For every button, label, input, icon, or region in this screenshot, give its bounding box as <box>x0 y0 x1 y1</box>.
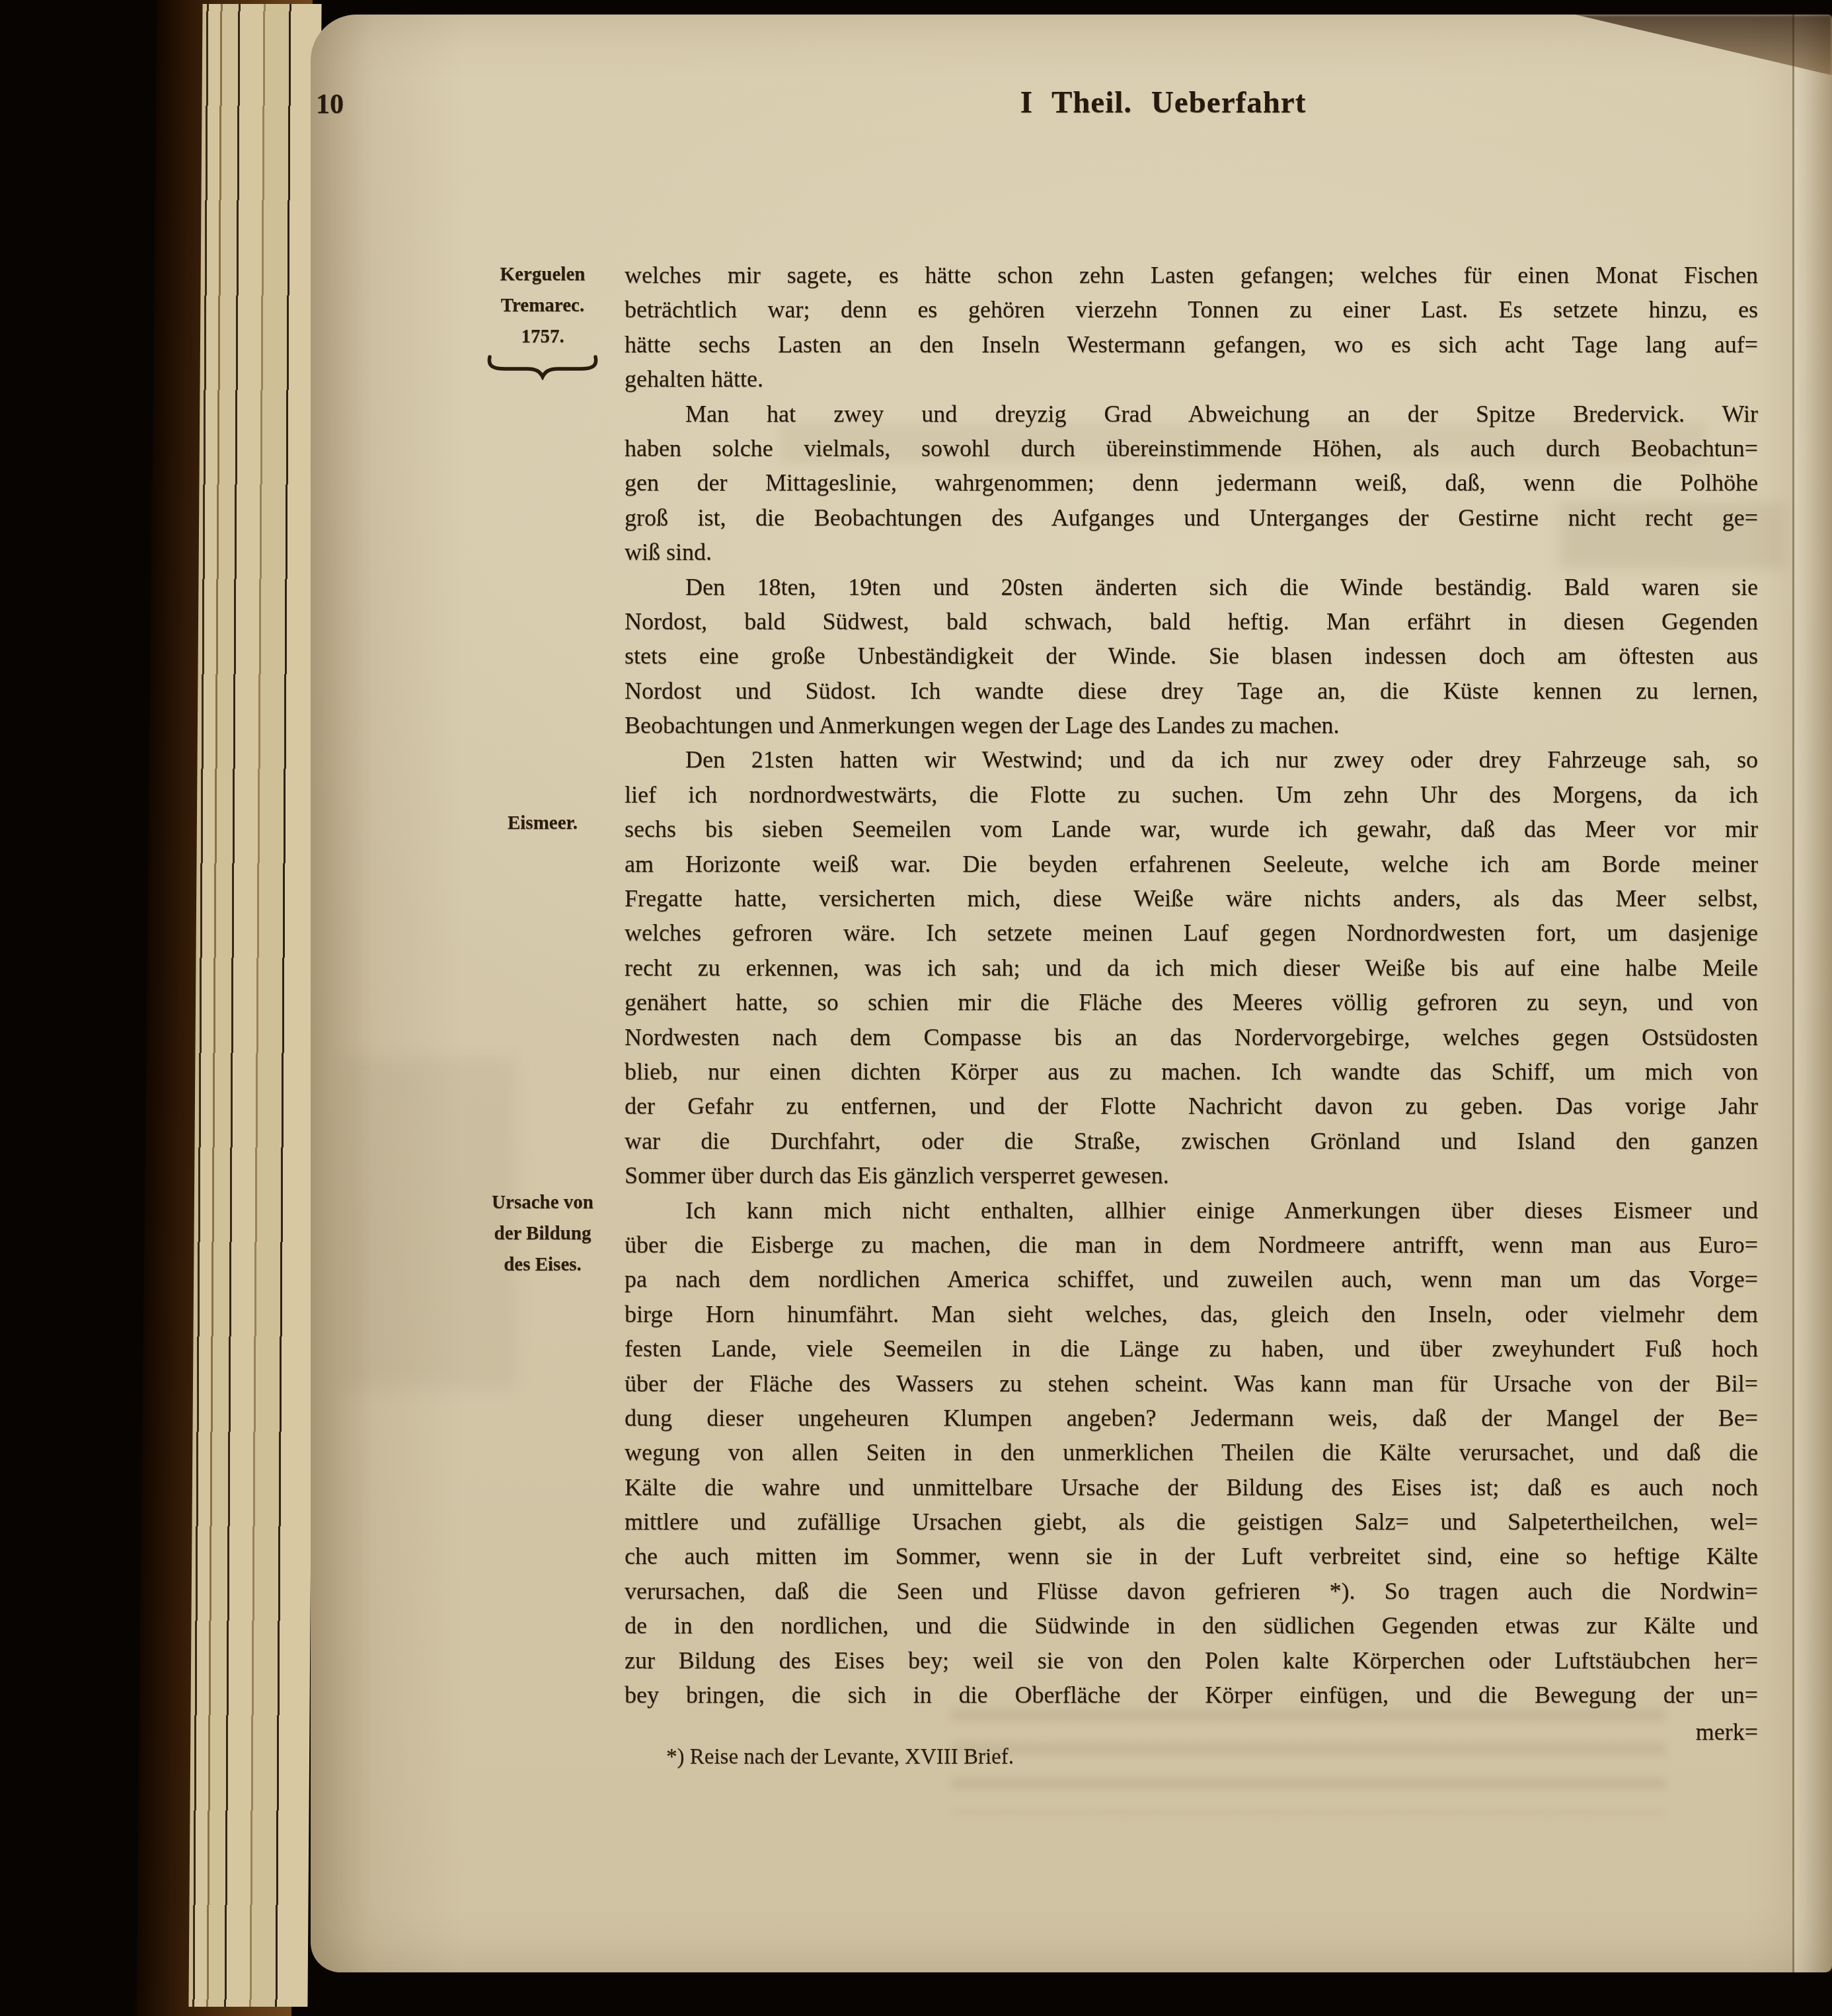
body-line: Nordost und Südost. Ich wandte diese dre… <box>625 674 1758 708</box>
body-line: verursachen, daß die Seen und Flüsse dav… <box>625 1574 1758 1608</box>
body-line: über der Fläche des Wassers zu stehen sc… <box>625 1366 1758 1401</box>
body-line: sechs bis sieben Seemeilen vom Lande war… <box>625 812 1758 846</box>
body-line: beträchtlich war; denn es gehören vierze… <box>625 292 1758 327</box>
margin-note-line: der Bildung <box>466 1218 619 1249</box>
body-line: Sommer über durch das Eis gänzlich versp… <box>625 1158 1758 1192</box>
body-line: war die Durchfahrt, oder die Straße, zwi… <box>625 1124 1758 1158</box>
body-line: Fregatte hatte, versicherten mich, diese… <box>625 881 1758 915</box>
margin-note: Ursache vonder Bildungdes Eises. <box>466 1187 619 1280</box>
body-line: lief ich nordnordwestwärts, die Flotte z… <box>625 777 1758 812</box>
body-line: che auch mitten im Sommer, wenn sie in d… <box>625 1539 1758 1573</box>
body-line: mittlere und zufällige Ursachen giebt, a… <box>625 1504 1758 1539</box>
body-line: hätte sechs Lasten an den Inseln Westerm… <box>625 327 1758 362</box>
margin-brace-icon <box>486 355 599 380</box>
body-line: welches gefroren wäre. Ich setzete meine… <box>625 915 1758 950</box>
body-lines: welches mir sagete, es hätte schon zehn … <box>625 258 1758 1712</box>
body-line: gehalten hätte. <box>625 362 1758 396</box>
body-line: Den 18ten, 19ten und 20sten änderten sic… <box>625 570 1758 604</box>
body-line: Nordwesten nach dem Compasse bis an das … <box>625 1020 1758 1054</box>
body-line: am Horizonte weiß war. Die beyden erfahr… <box>625 847 1758 881</box>
body-line: Ich kann mich nicht enthalten, allhier e… <box>625 1193 1758 1227</box>
footnote: *) Reise nach der Levante, XVIII Brief. <box>666 1745 1014 1769</box>
margin-note-line: 1757. <box>466 321 619 352</box>
body-line: über die Eisberge zu machen, die man in … <box>625 1227 1758 1262</box>
margin-note-line: Ursache von <box>466 1187 619 1218</box>
body-line: bey bringen, die sich in die Oberfläche … <box>625 1678 1758 1712</box>
body-line: dung dieser ungeheuren Klumpen angeben? … <box>625 1401 1758 1435</box>
body-line: pa nach dem nordlichen America schiffet,… <box>625 1262 1758 1296</box>
body-line: der Gefahr zu entfernen, und der Flotte … <box>625 1089 1758 1123</box>
body-line: de in den nordlichen, und die Südwinde i… <box>625 1608 1758 1643</box>
margin-note: KerguelenTremarec.1757. <box>466 259 619 380</box>
scanned-book-photo: { "page": { "number": "10", "running_hea… <box>0 0 1832 2016</box>
underlying-page-edge <box>1794 15 1832 1972</box>
body-line: Beobachtungen und Anmerkungen wegen der … <box>625 708 1758 742</box>
margin-note-line: des Eises. <box>466 1249 619 1280</box>
body-line: birge Horn hinumfährt. Man sieht welches… <box>625 1297 1758 1331</box>
body-line: recht zu erkennen, was ich sah; und da i… <box>625 950 1758 985</box>
margin-note: Eismeer. <box>466 808 619 839</box>
body-line: Nordost, bald Südwest, bald schwach, bal… <box>625 604 1758 639</box>
body-line: welches mir sagete, es hätte schon zehn … <box>625 258 1758 292</box>
page-number: 10 <box>316 89 344 120</box>
body-line: Kälte die wahre und unmittelbare Ursache… <box>625 1470 1758 1504</box>
body-text: welches mir sagete, es hätte schon zehn … <box>625 258 1758 1750</box>
body-line: wegung von allen Seiten in den unmerklic… <box>625 1435 1758 1469</box>
margin-note-line: Eismeer. <box>466 808 619 839</box>
body-line: zur Bildung des Eises bey; weil sie von … <box>625 1643 1758 1678</box>
margin-note-line: Tremarec. <box>466 290 619 321</box>
body-line: wiß sind. <box>625 535 1758 569</box>
body-line: haben solche vielmals, sowohl durch über… <box>625 431 1758 465</box>
body-line: genähert hatte, so schien mir die Fläche… <box>625 985 1758 1019</box>
stacked-page-edges <box>188 4 321 2007</box>
body-line: blieb, nur einen dichten Körper aus zu m… <box>625 1054 1758 1089</box>
body-line: Man hat zwey und dreyzig Grad Abweichung… <box>625 397 1758 431</box>
margin-note-line: Kerguelen <box>466 259 619 290</box>
running-header: I Theil. Ueberfahrt <box>760 85 1566 120</box>
catchword: merk= <box>625 1715 1758 1749</box>
body-line: stets eine große Unbeständigkeit der Win… <box>625 639 1758 673</box>
body-line: festen Lande, viele Seemeilen in die Län… <box>625 1331 1758 1366</box>
body-line: groß ist, die Beobachtungen des Aufgange… <box>625 500 1758 535</box>
body-line: Den 21sten hatten wir Westwind; und da i… <box>625 742 1758 777</box>
body-line: gen der Mittageslinie, wahrgenommen; den… <box>625 465 1758 500</box>
